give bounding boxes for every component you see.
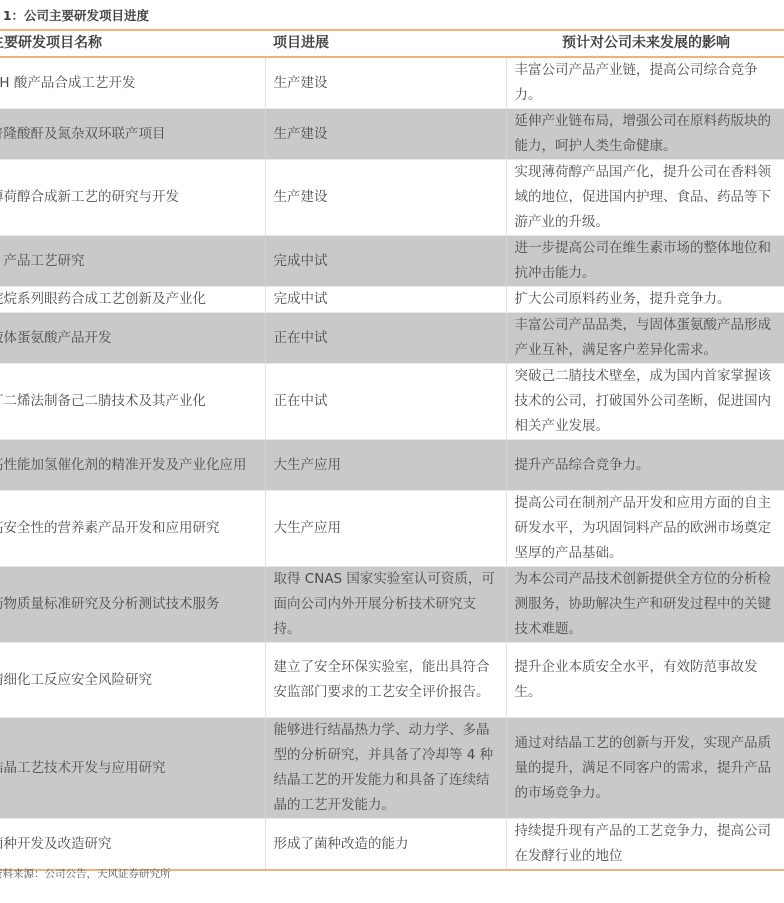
cell-project-name: V 产品工艺研究 <box>0 236 265 287</box>
cell-progress: 大生产应用 <box>265 440 506 491</box>
cell-impact: 进一步提高公司在维生素市场的整体地位和抗冲击能力。 <box>506 236 784 287</box>
cell-progress: 正在中试 <box>265 313 506 364</box>
cell-progress: 大生产应用 <box>265 491 506 567</box>
table-row: 普隆酸酐及氮杂双环联产项目生产建设延伸产业链布局，增强公司在原料药版块的能力，呵… <box>0 109 784 160</box>
cell-project-name: 精细化工反应安全风险研究 <box>0 643 265 718</box>
cell-impact: 扩大公司原料药业务，提升竞争力。 <box>506 287 784 313</box>
cell-impact: 为本公司产品技术创新提供全方位的分析检测服务，协助解决生产和研发过程中的关键技术… <box>506 567 784 643</box>
header-impact: 预计对公司未来发展的影响 <box>506 30 784 57</box>
table-row: CH 酸产品合成工艺开发生产建设丰富公司产品产业链，提高公司综合竞争力。 <box>0 57 784 109</box>
cell-progress: 正在中试 <box>265 364 506 440</box>
cell-project-name: 薄荷醇合成新工艺的研究与开发 <box>0 160 265 236</box>
cell-progress: 生产建设 <box>265 109 506 160</box>
cell-project-name: 普隆酸酐及氮杂双环联产项目 <box>0 109 265 160</box>
cell-impact: 丰富公司产品品类，与固体蛋氨酸产品形成产业互补，满足客户差异化需求。 <box>506 313 784 364</box>
table-row: V 产品工艺研究完成中试进一步提高公司在维生素市场的整体地位和抗冲击能力。 <box>0 236 784 287</box>
cell-progress: 形成了菌种改造的能力 <box>265 819 506 871</box>
cell-impact: 通过对结晶工艺的创新与开发，实现产品质量的提升，满足不同客户的需求，提升产品的市… <box>506 718 784 819</box>
cell-project-name: CH 酸产品合成工艺开发 <box>0 57 265 109</box>
cell-impact: 提高公司在制剂产品开发和应用方面的自主研发水平，为巩固饲料产品的欧洲市场奠定坚厚… <box>506 491 784 567</box>
table-row: 高安全性的营养素产品开发和应用研究大生产应用提高公司在制剂产品开发和应用方面的自… <box>0 491 784 567</box>
table-caption: 表 1：公司主要研发项目进度 <box>0 6 149 24</box>
source-note: 资料来源：公司公告，天风证券研究所 <box>0 866 171 881</box>
table-row: 结晶工艺技术开发与应用研究能够进行结晶热力学、动力学、多晶型的分析研究，并具备了… <box>0 718 784 819</box>
cell-impact: 突破己二腈技术壁垒，成为国内首家掌握该技术的公司，打破国外公司垄断，促进国内相关… <box>506 364 784 440</box>
cell-impact: 实现薄荷醇产品国产化，提升公司在香料领域的地位，促进国内护理、食品、药品等下游产… <box>506 160 784 236</box>
header-project-name: 主要研发项目名称 <box>0 30 265 57</box>
table-row: 高性能加氢催化剂的精准开发及产业化应用大生产应用提升产品综合竞争力。 <box>0 440 784 491</box>
cell-project-name: 烷烷系列眼药合成工艺创新及产业化 <box>0 287 265 313</box>
cell-project-name: 药物质量标准研究及分析测试技术服务 <box>0 567 265 643</box>
cell-project-name: 丁二烯法制备己二腈技术及其产业化 <box>0 364 265 440</box>
cell-progress: 取得 CNAS 国家实验室认可资质，可面向公司内外开展分析技术研究支持。 <box>265 567 506 643</box>
cell-project-name: 结晶工艺技术开发与应用研究 <box>0 718 265 819</box>
cell-progress: 建立了安全环保实验室，能出具符合安监部门要求的工艺安全评价报告。 <box>265 643 506 718</box>
rd-projects-table: 主要研发项目名称 项目进展 预计对公司未来发展的影响 CH 酸产品合成工艺开发生… <box>0 29 784 871</box>
cell-progress: 完成中试 <box>265 287 506 313</box>
cell-progress: 能够进行结晶热力学、动力学、多晶型的分析研究，并具备了冷却等 4 种结晶工艺的开… <box>265 718 506 819</box>
cell-project-name: 菌种开发及改造研究 <box>0 819 265 871</box>
table-row: 药物质量标准研究及分析测试技术服务取得 CNAS 国家实验室认可资质，可面向公司… <box>0 567 784 643</box>
table-row: 薄荷醇合成新工艺的研究与开发生产建设实现薄荷醇产品国产化，提升公司在香料领域的地… <box>0 160 784 236</box>
cell-progress: 生产建设 <box>265 57 506 109</box>
cell-impact: 提升企业本质安全水平，有效防范事故发生。 <box>506 643 784 718</box>
header-progress: 项目进展 <box>265 30 506 57</box>
table-header-row: 主要研发项目名称 项目进展 预计对公司未来发展的影响 <box>0 30 784 57</box>
cell-impact: 提升产品综合竞争力。 <box>506 440 784 491</box>
cell-progress: 完成中试 <box>265 236 506 287</box>
cell-impact: 丰富公司产品产业链，提高公司综合竞争力。 <box>506 57 784 109</box>
cell-project-name: 高安全性的营养素产品开发和应用研究 <box>0 491 265 567</box>
table-row: 烷烷系列眼药合成工艺创新及产业化完成中试扩大公司原料药业务，提升竞争力。 <box>0 287 784 313</box>
table-row: 精细化工反应安全风险研究建立了安全环保实验室，能出具符合安监部门要求的工艺安全评… <box>0 643 784 718</box>
table-row: 液体蛋氨酸产品开发正在中试丰富公司产品品类，与固体蛋氨酸产品形成产业互补，满足客… <box>0 313 784 364</box>
table-row: 菌种开发及改造研究形成了菌种改造的能力持续提升现有产品的工艺竞争力，提高公司在发… <box>0 819 784 871</box>
cell-impact: 延伸产业链布局，增强公司在原料药版块的能力，呵护人类生命健康。 <box>506 109 784 160</box>
cell-impact: 持续提升现有产品的工艺竞争力，提高公司在发酵行业的地位 <box>506 819 784 871</box>
table-row: 丁二烯法制备己二腈技术及其产业化正在中试突破己二腈技术壁垒，成为国内首家掌握该技… <box>0 364 784 440</box>
cell-progress: 生产建设 <box>265 160 506 236</box>
cell-project-name: 液体蛋氨酸产品开发 <box>0 313 265 364</box>
cell-project-name: 高性能加氢催化剂的精准开发及产业化应用 <box>0 440 265 491</box>
